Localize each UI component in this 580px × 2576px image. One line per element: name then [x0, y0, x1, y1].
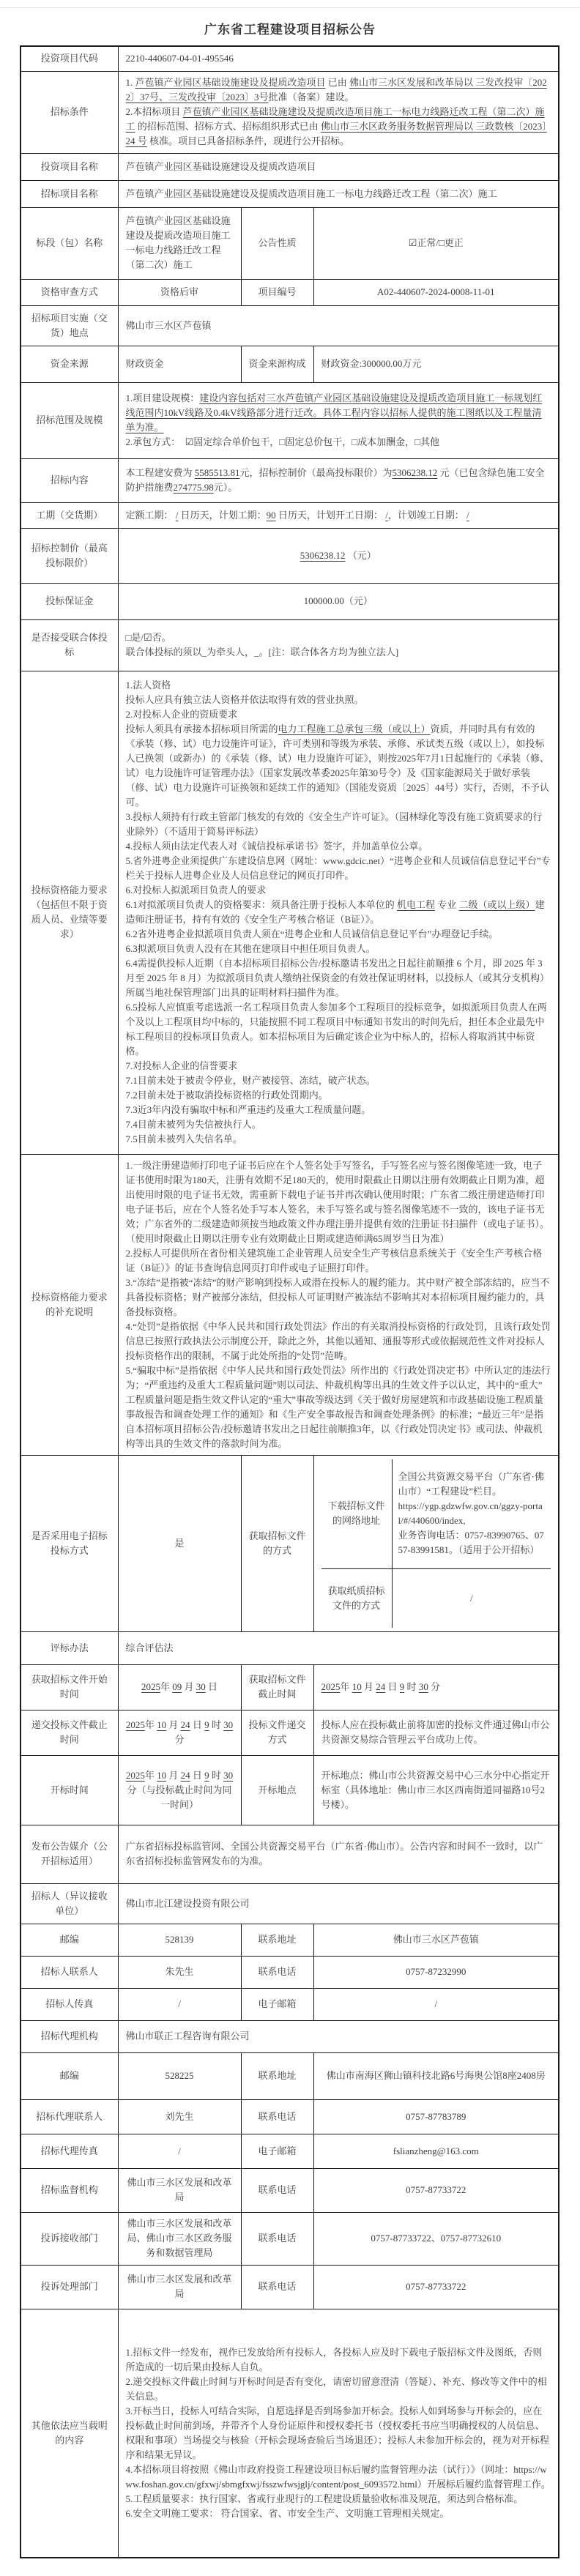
row-agency-contact: 招标代理联系人 刘先生 联系电话 0757-87783789	[21, 2099, 559, 2134]
opening-place-label: 开标地点	[241, 1755, 313, 1825]
tenderer-contact-value: 朱先生	[118, 1956, 241, 1988]
row-bid-bond: 投标保证金 100000.00（元）	[21, 583, 559, 619]
tenderer-email-value: /	[313, 1988, 559, 2020]
complaint-handle-value: 佛山市三水区发展和改革局	[118, 2265, 241, 2309]
row-e-bidding: 是否采用电子招标投标方式 是 获取招标文件的方式 下载招标文件的网络地址 全国公…	[21, 1455, 559, 1631]
tenderer-fax-label: 招标人传真	[21, 1988, 118, 2020]
qual-review-value: 资格后审	[118, 279, 241, 305]
row-content: 招标内容 本工程建安费为 5585513.81元，招标控制价（最高投标限价）为5…	[21, 458, 559, 502]
row-tenderer: 招标人（异议接收单位） 佛山市北江建设投资有限公司	[21, 1883, 559, 1924]
row-agency-fax: 招标代理传真 / 电子邮箱 fslianzheng@163.com	[21, 2134, 559, 2168]
tender-name-value: 芦苞镇产业园区基础设施建设及提质改造项目施工一标电力线路迁改工程（第二次）施工	[118, 180, 559, 207]
agency-email-value: fslianzheng@163.com	[313, 2134, 559, 2168]
row-other: 其他依法应当载明的内容 1.招标文件一经发布，视作已发放给所有投标人，各投标人应…	[21, 2309, 559, 2558]
row-duration: 工期（交货期） 定额工期： / 日历天，计划工期：90 日历天，计划开工日期： …	[21, 502, 559, 528]
doc-deadline-label: 获取招标文件截止时间	[241, 1664, 313, 1710]
agency-email-label: 电子邮箱	[241, 2134, 313, 2168]
page-top-divider	[0, 0, 580, 8]
duration-value: 定额工期： / 日历天，计划工期：90 日历天，计划开工日期： /，计划竣工日期…	[118, 502, 559, 528]
download-address-label: 下载招标文件的网络地址	[321, 1459, 393, 1569]
supervision-label: 招标监督机构	[21, 2168, 118, 2212]
agency-postcode-label: 邮编	[21, 2052, 118, 2099]
complaint-receive-label: 投诉接收部门	[21, 2212, 118, 2265]
funding-label: 资金来源	[21, 346, 118, 382]
row-scope: 招标范围及规模 1.项目建设规模：建设内容包括对三水芦苞镇产业园区基础设施建设及…	[21, 382, 559, 458]
row-media: 发布公告媒介（公开招标适用） 广东省招标投标监管网、全国公共资源交易平台（广东省…	[21, 1825, 559, 1883]
control-price-label: 招标控制价（最高投标限价）	[21, 528, 118, 583]
row-section: 标段（包）名称 芦苞镇产业园区基础设施建设及提质改造项目施工一标电力线路迁改工程…	[21, 207, 559, 279]
opening-time-value: 2025年 10 月 24 日 9 时 30 分（与投标截止时间为同一时间）	[118, 1755, 241, 1825]
row-complaint-handle: 投诉处理部门 佛山市三水区发展和改革局 联系电话 0757-87733722	[21, 2265, 559, 2309]
consortium-value: □是/☑否。联合体投标的须以_为牵头人，_。[注：联合体各方均为独立法人]	[118, 619, 559, 671]
agency-phone-value: 0757-87783789	[313, 2099, 559, 2134]
row-invest-code: 投资项目代码 2210-440607-04-01-495546	[21, 46, 559, 71]
agency-fax-label: 招标代理传真	[21, 2134, 118, 2168]
doc-deadline-value: 2025年 10 月 24 日 9 时 30 分	[313, 1664, 559, 1710]
complaint-handle-phone-value: 0757-87733722	[313, 2265, 559, 2309]
row-tenderer-post: 邮编 528139 联系地址 佛山市三水区芦苞镇	[21, 1924, 559, 1956]
project-number-value: A02-440607-2024-0008-11-01	[313, 279, 559, 305]
submit-deadline-label: 递交投标文件截止时间	[21, 1710, 118, 1755]
row-funding: 资金来源 财政资金 资金来源构成 财政资金:300000.00万元	[21, 346, 559, 382]
agency-contact-value: 刘先生	[118, 2099, 241, 2134]
agency-value: 佛山市联正工程咨询有限公司	[118, 2020, 559, 2052]
row-location: 招标项目实施（交货）地点 佛山市三水区芦苞镇	[21, 305, 559, 346]
evaluation-label: 评标办法	[21, 1631, 118, 1664]
section-value: 芦苞镇产业园区基础设施建设及提质改造项目施工一标电力线路迁改工程（第二次）施工	[118, 207, 241, 279]
row-doc-time: 获取招标文件开始时间 2025年 09 月 30 日 获取招标文件截止时间 20…	[21, 1664, 559, 1710]
complaint-receive-phone-value: 0757-87733722、0757-87732610	[313, 2212, 559, 2265]
row-consortium: 是否接受联合体投标 □是/☑否。联合体投标的须以_为牵头人，_。[注：联合体各方…	[21, 619, 559, 671]
funding-composition-value: 财政资金:300000.00万元	[313, 346, 559, 382]
agency-address-label: 联系地址	[241, 2052, 313, 2099]
tenderer-address-value: 佛山市三水区芦苞镇	[313, 1924, 559, 1956]
row-evaluation: 评标办法 综合评估法	[21, 1631, 559, 1664]
section-label: 标段（包）名称	[21, 207, 118, 279]
qualification-requirements-label: 投标资格能力要求（包括但不限于资质人员、业绩等要求）	[21, 671, 118, 1154]
e-bidding-label: 是否采用电子招标投标方式	[21, 1455, 118, 1631]
invest-code-value: 2210-440607-04-01-495546	[118, 46, 559, 71]
doc-start-value: 2025年 09 月 30 日	[118, 1664, 241, 1710]
media-label: 发布公告媒介（公开招标适用）	[21, 1825, 118, 1883]
agency-address-value: 佛山市南海区狮山镇科技北路6号海奥公馆8座2408房	[313, 2052, 559, 2099]
tenderer-label: 招标人（异议接收单位）	[21, 1883, 118, 1924]
control-price-value: 5306238.12 （元）	[118, 528, 559, 583]
row-invest-name: 投资项目名称 芦苞镇产业园区基础设施建设及提质改造项目	[21, 153, 559, 180]
conditions-label: 招标条件	[21, 71, 118, 153]
project-number-label: 项目编号	[241, 279, 313, 305]
submit-method-value: 投标人应在投标截止前将加密的投标文件通过佛山市公共资源交易综合管理云平台成功上传…	[313, 1710, 559, 1755]
location-value: 佛山市三水区芦苞镇	[118, 305, 559, 346]
tenderer-email-label: 电子邮箱	[241, 1988, 313, 2020]
supervision-phone-label: 联系电话	[241, 2168, 313, 2212]
submit-method-label: 投标文件递交方式	[241, 1710, 313, 1755]
agency-label: 招标代理机构	[21, 2020, 118, 2052]
opening-place-value: 开标地点：佛山市公共资源交易中心三水分中心指定开标室（具体地址：佛山市三水区西南…	[313, 1755, 559, 1825]
location-label: 招标项目实施（交货）地点	[21, 305, 118, 346]
invest-name-value: 芦苞镇产业园区基础设施建设及提质改造项目	[118, 153, 559, 180]
tenderer-phone-value: 0757-87232990	[313, 1956, 559, 1988]
row-qualification-supplement: 投标资格能力要求的补充说明 1.一级注册建造师打印电子证书后应在个人签名处手写签…	[21, 1154, 559, 1455]
submit-deadline-value: 2025年 10 月 24 日 9 时 30 分	[118, 1710, 241, 1755]
row-qual-review: 资格审查方式 资格后审 项目编号 A02-440607-2024-0008-11…	[21, 279, 559, 305]
row-agency: 招标代理机构 佛山市联正工程咨询有限公司	[21, 2020, 559, 2052]
tenderer-value: 佛山市北江建设投资有限公司	[118, 1883, 559, 1924]
paper-doc-method-value: /	[392, 1569, 551, 1628]
complaint-receive-phone-label: 联系电话	[241, 2212, 313, 2265]
qualification-supplement-value: 1.一级注册建造师打印电子证书后应在个人签名处手写签名，手写签名应与签名图像笔迹…	[118, 1154, 559, 1455]
download-address-value: 全国公共资源交易平台（广东省·佛山市）“工程建设”栏目。https://ygp.…	[392, 1459, 551, 1569]
agency-contact-label: 招标代理联系人	[21, 2099, 118, 2134]
bid-bond-label: 投标保证金	[21, 583, 118, 619]
tenderer-phone-label: 联系电话	[241, 1956, 313, 1988]
consortium-label: 是否接受联合体投标	[21, 619, 118, 671]
bid-bond-value: 100000.00（元）	[118, 583, 559, 619]
row-tenderer-contact: 招标人联系人 朱先生 联系电话 0757-87232990	[21, 1956, 559, 1988]
invest-name-label: 投资项目名称	[21, 153, 118, 180]
qualification-requirements-value: 1.法人资格投标人应具有独立法人资格并依法取得有效的营业执照。2.对投标人企业的…	[118, 671, 559, 1154]
qualification-supplement-label: 投标资格能力要求的补充说明	[21, 1154, 118, 1455]
tender-announcement-table: 投资项目代码 2210-440607-04-01-495546 招标条件 1. …	[20, 45, 559, 2558]
content-label: 招标内容	[21, 458, 118, 502]
complaint-handle-phone-label: 联系电话	[241, 2265, 313, 2309]
opening-time-label: 开标时间	[21, 1755, 118, 1825]
complaint-handle-label: 投诉处理部门	[21, 2265, 118, 2309]
tenderer-postcode-label: 邮编	[21, 1924, 118, 1956]
notice-nature-label: 公告性质	[241, 207, 313, 279]
row-opening: 开标时间 2025年 10 月 24 日 9 时 30 分（与投标截止时间为同一…	[21, 1755, 559, 1825]
scope-value: 1.项目建设规模：建设内容包括对三水芦苞镇产业园区基础设施建设及提质改造项目施工…	[118, 382, 559, 458]
conditions-value: 1. 芦苞镇产业园区基础设施建设及提质改造项目 已由 佛山市三水区发展和改革局以…	[118, 71, 559, 153]
other-value: 1.招标文件一经发布，视作已发放给所有投标人，各投标人应及时下载电子版招标文件及…	[118, 2309, 559, 2558]
tender-name-label: 招标项目名称	[21, 180, 118, 207]
invest-code-label: 投资项目代码	[21, 46, 118, 71]
row-agency-post: 邮编 528225 联系地址 佛山市南海区狮山镇科技北路6号海奥公馆8座2408…	[21, 2052, 559, 2099]
tenderer-address-label: 联系地址	[241, 1924, 313, 1956]
doc-obtain-sub-table: 下载招标文件的网络地址 全国公共资源交易平台（广东省·佛山市）“工程建设”栏目。…	[321, 1459, 551, 1628]
complaint-receive-value: 佛山市三水区发展和改革局、佛山市三水区政务服务和数据管理局	[118, 2212, 241, 2265]
notice-nature-value: ☑正常/□更正	[313, 207, 559, 279]
paper-doc-method-label: 获取纸质招标文件的方式	[321, 1569, 393, 1628]
agency-phone-label: 联系电话	[241, 2099, 313, 2134]
doc-start-label: 获取招标文件开始时间	[21, 1664, 118, 1710]
row-submit-deadline: 递交投标文件截止时间 2025年 10 月 24 日 9 时 30 分 投标文件…	[21, 1710, 559, 1755]
doc-obtain-method-label: 获取招标文件的方式	[241, 1455, 313, 1631]
row-control-price: 招标控制价（最高投标限价） 5306238.12 （元）	[21, 528, 559, 583]
agency-fax-value: /	[118, 2134, 241, 2168]
other-label: 其他依法应当载明的内容	[21, 2309, 118, 2558]
scope-label: 招标范围及规模	[21, 382, 118, 458]
supervision-phone-value: 0757-87733722	[313, 2168, 559, 2212]
row-conditions: 招标条件 1. 芦苞镇产业园区基础设施建设及提质改造项目 已由 佛山市三水区发展…	[21, 71, 559, 153]
row-qualification-requirements: 投标资格能力要求（包括但不限于资质人员、业绩等要求） 1.法人资格投标人应具有独…	[21, 671, 559, 1154]
content-value: 本工程建安费为 5585513.81元，招标控制价（最高投标限价）为530623…	[118, 458, 559, 502]
doc-obtain-method-cell: 下载招标文件的网络地址 全国公共资源交易平台（广东省·佛山市）“工程建设”栏目。…	[313, 1455, 559, 1631]
row-complaint-receive: 投诉接收部门 佛山市三水区发展和改革局、佛山市三水区政务服务和数据管理局 联系电…	[21, 2212, 559, 2265]
media-value: 广东省招标投标监管网、全国公共资源交易平台（广东省·佛山市）。公告内容和时间不一…	[118, 1825, 559, 1883]
evaluation-value: 综合评估法	[118, 1631, 559, 1664]
duration-label: 工期（交货期）	[21, 502, 118, 528]
supervision-value: 佛山市三水区发展和改革局	[118, 2168, 241, 2212]
funding-value: 财政资金	[118, 346, 241, 382]
qual-review-label: 资格审查方式	[21, 279, 118, 305]
tenderer-postcode-value: 528139	[118, 1924, 241, 1956]
agency-postcode-value: 528225	[118, 2052, 241, 2099]
page-title: 广东省工程建设项目招标公告	[0, 19, 580, 37]
funding-composition-label: 资金来源构成	[241, 346, 313, 382]
row-supervision: 招标监督机构 佛山市三水区发展和改革局 联系电话 0757-87733722	[21, 2168, 559, 2212]
row-tender-name: 招标项目名称 芦苞镇产业园区基础设施建设及提质改造项目施工一标电力线路迁改工程（…	[21, 180, 559, 207]
tenderer-fax-value: /	[118, 1988, 241, 2020]
e-bidding-value: 是	[118, 1455, 241, 1631]
row-tenderer-fax: 招标人传真 / 电子邮箱 /	[21, 1988, 559, 2020]
tenderer-contact-label: 招标人联系人	[21, 1956, 118, 1988]
